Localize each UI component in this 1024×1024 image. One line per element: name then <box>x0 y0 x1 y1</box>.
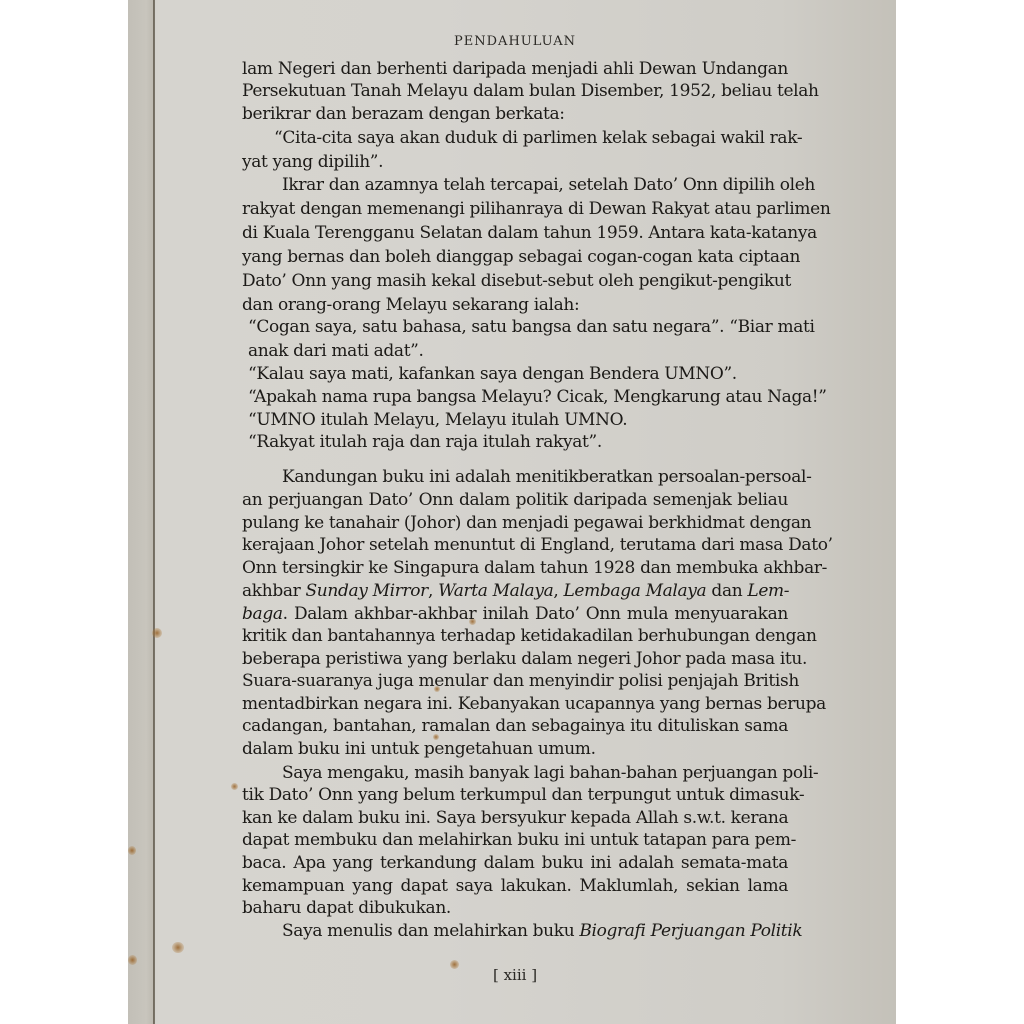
foxing-stain <box>128 846 136 855</box>
text-line: pulang ke tanahair (Johor) dan menjadi p… <box>242 512 788 534</box>
text-line: yat yang dipilih”. <box>242 151 788 173</box>
text-segment: . Dalam akhbar-akhbar inilah Dato’ Onn m… <box>283 604 788 624</box>
text-line: “Cita-cita saya akan duduk di parlimen k… <box>242 127 788 149</box>
text-line: cadangan, bantahan, ramalan dan sebagain… <box>242 715 788 737</box>
text-line: “Rakyat itulah raja dan raja itulah raky… <box>248 431 788 453</box>
text-line: dan orang-orang Melayu sekarang ialah: <box>242 294 788 316</box>
text-line: dalam buku ini untuk pengetahuan umum. <box>242 738 788 760</box>
text-line: Onn tersingkir ke Singapura dalam tahun … <box>242 557 788 579</box>
text-segment: , <box>553 581 563 601</box>
italic-text: Lembaga Malaya <box>563 581 706 601</box>
text-line: rakyat dengan memenangi pilihanraya di D… <box>242 198 788 220</box>
text-line: “Cogan saya, satu bahasa, satu bangsa da… <box>248 316 788 338</box>
foxing-stain <box>128 955 137 965</box>
text-segment: dan <box>706 581 747 601</box>
text-line: anak dari mati adat”. <box>248 340 788 362</box>
foxing-stain <box>172 942 184 953</box>
text-line: Kandungan buku ini adalah menitikberatka… <box>242 466 788 488</box>
italic-text: Biografi Perjuangan Politik <box>579 921 802 941</box>
italic-text: Sunday Mirror <box>305 581 427 601</box>
text-line: “UMNO itulah Melayu, Melayu itulah UMNO. <box>248 409 788 431</box>
text-line: Saya menulis dan melahirkan buku Biograf… <box>242 920 788 942</box>
text-line: an perjuangan Dato’ Onn dalam politik da… <box>242 489 788 511</box>
text-line: kerajaan Johor setelah menuntut di Engla… <box>242 534 788 556</box>
text-line: berikrar dan berazam dengan berkata: <box>242 103 788 125</box>
text-segment: akhbar <box>242 581 305 601</box>
page-number: [ xiii ] <box>242 966 788 984</box>
text-line: baharu dapat dibukukan. <box>242 897 788 919</box>
text-line: Persekutuan Tanah Melayu dalam bulan Dis… <box>242 80 788 102</box>
italic-text: Lem- <box>747 581 789 601</box>
text-line: Dato’ Onn yang masih kekal disebut-sebut… <box>242 270 788 292</box>
text-line: kan ke dalam buku ini. Saya bersyukur ke… <box>242 807 788 829</box>
book-page-photo: PENDAHULUAN lam Negeri dan berhenti dari… <box>0 0 1024 1024</box>
text-line: dapat membuku dan melahirkan buku ini un… <box>242 829 788 851</box>
text-line: beberapa peristiwa yang berlaku dalam ne… <box>242 648 788 670</box>
foxing-stain <box>231 783 238 790</box>
text-segment: , <box>428 581 438 601</box>
text-line: Suara-suaranya juga menular dan menyindi… <box>242 670 788 692</box>
text-line: di Kuala Terengganu Selatan dalam tahun … <box>242 222 788 244</box>
text-segment: Saya menulis dan melahirkan buku <box>282 921 579 941</box>
text-line: mentadbirkan negara ini. Kebanyakan ucap… <box>242 693 788 715</box>
italic-text: baga <box>242 604 283 624</box>
text-line: “Apakah nama rupa bangsa Melayu? Cicak, … <box>248 386 788 408</box>
text-line: “Kalau saya mati, kafankan saya dengan B… <box>248 363 788 385</box>
text-line: tik Dato’ Onn yang belum terkumpul dan t… <box>242 784 788 806</box>
text-line: kritik dan bantahannya terhadap ketidaka… <box>242 625 788 647</box>
page-spine <box>128 0 154 1024</box>
italic-text: Warta Malaya <box>438 581 553 601</box>
foxing-stain <box>152 628 162 638</box>
text-line: Saya mengaku, masih banyak lagi bahan-ba… <box>242 762 788 784</box>
page-gutter-edge <box>153 0 155 1024</box>
text-line: baca. Apa yang terkandung dalam buku ini… <box>242 852 788 874</box>
text-line: akhbar Sunday Mirror, Warta Malaya, Lemb… <box>242 580 788 602</box>
running-head: PENDAHULUAN <box>242 34 788 49</box>
text-line: baga. Dalam akhbar-akhbar inilah Dato’ O… <box>242 603 788 625</box>
text-line: yang bernas dan boleh dianggap sebagai c… <box>242 246 788 268</box>
text-line: Ikrar dan azamnya telah tercapai, setela… <box>242 174 788 196</box>
text-line: kemampuan yang dapat saya lakukan. Maklu… <box>242 875 788 897</box>
text-line: lam Negeri dan berhenti daripada menjadi… <box>242 58 788 80</box>
